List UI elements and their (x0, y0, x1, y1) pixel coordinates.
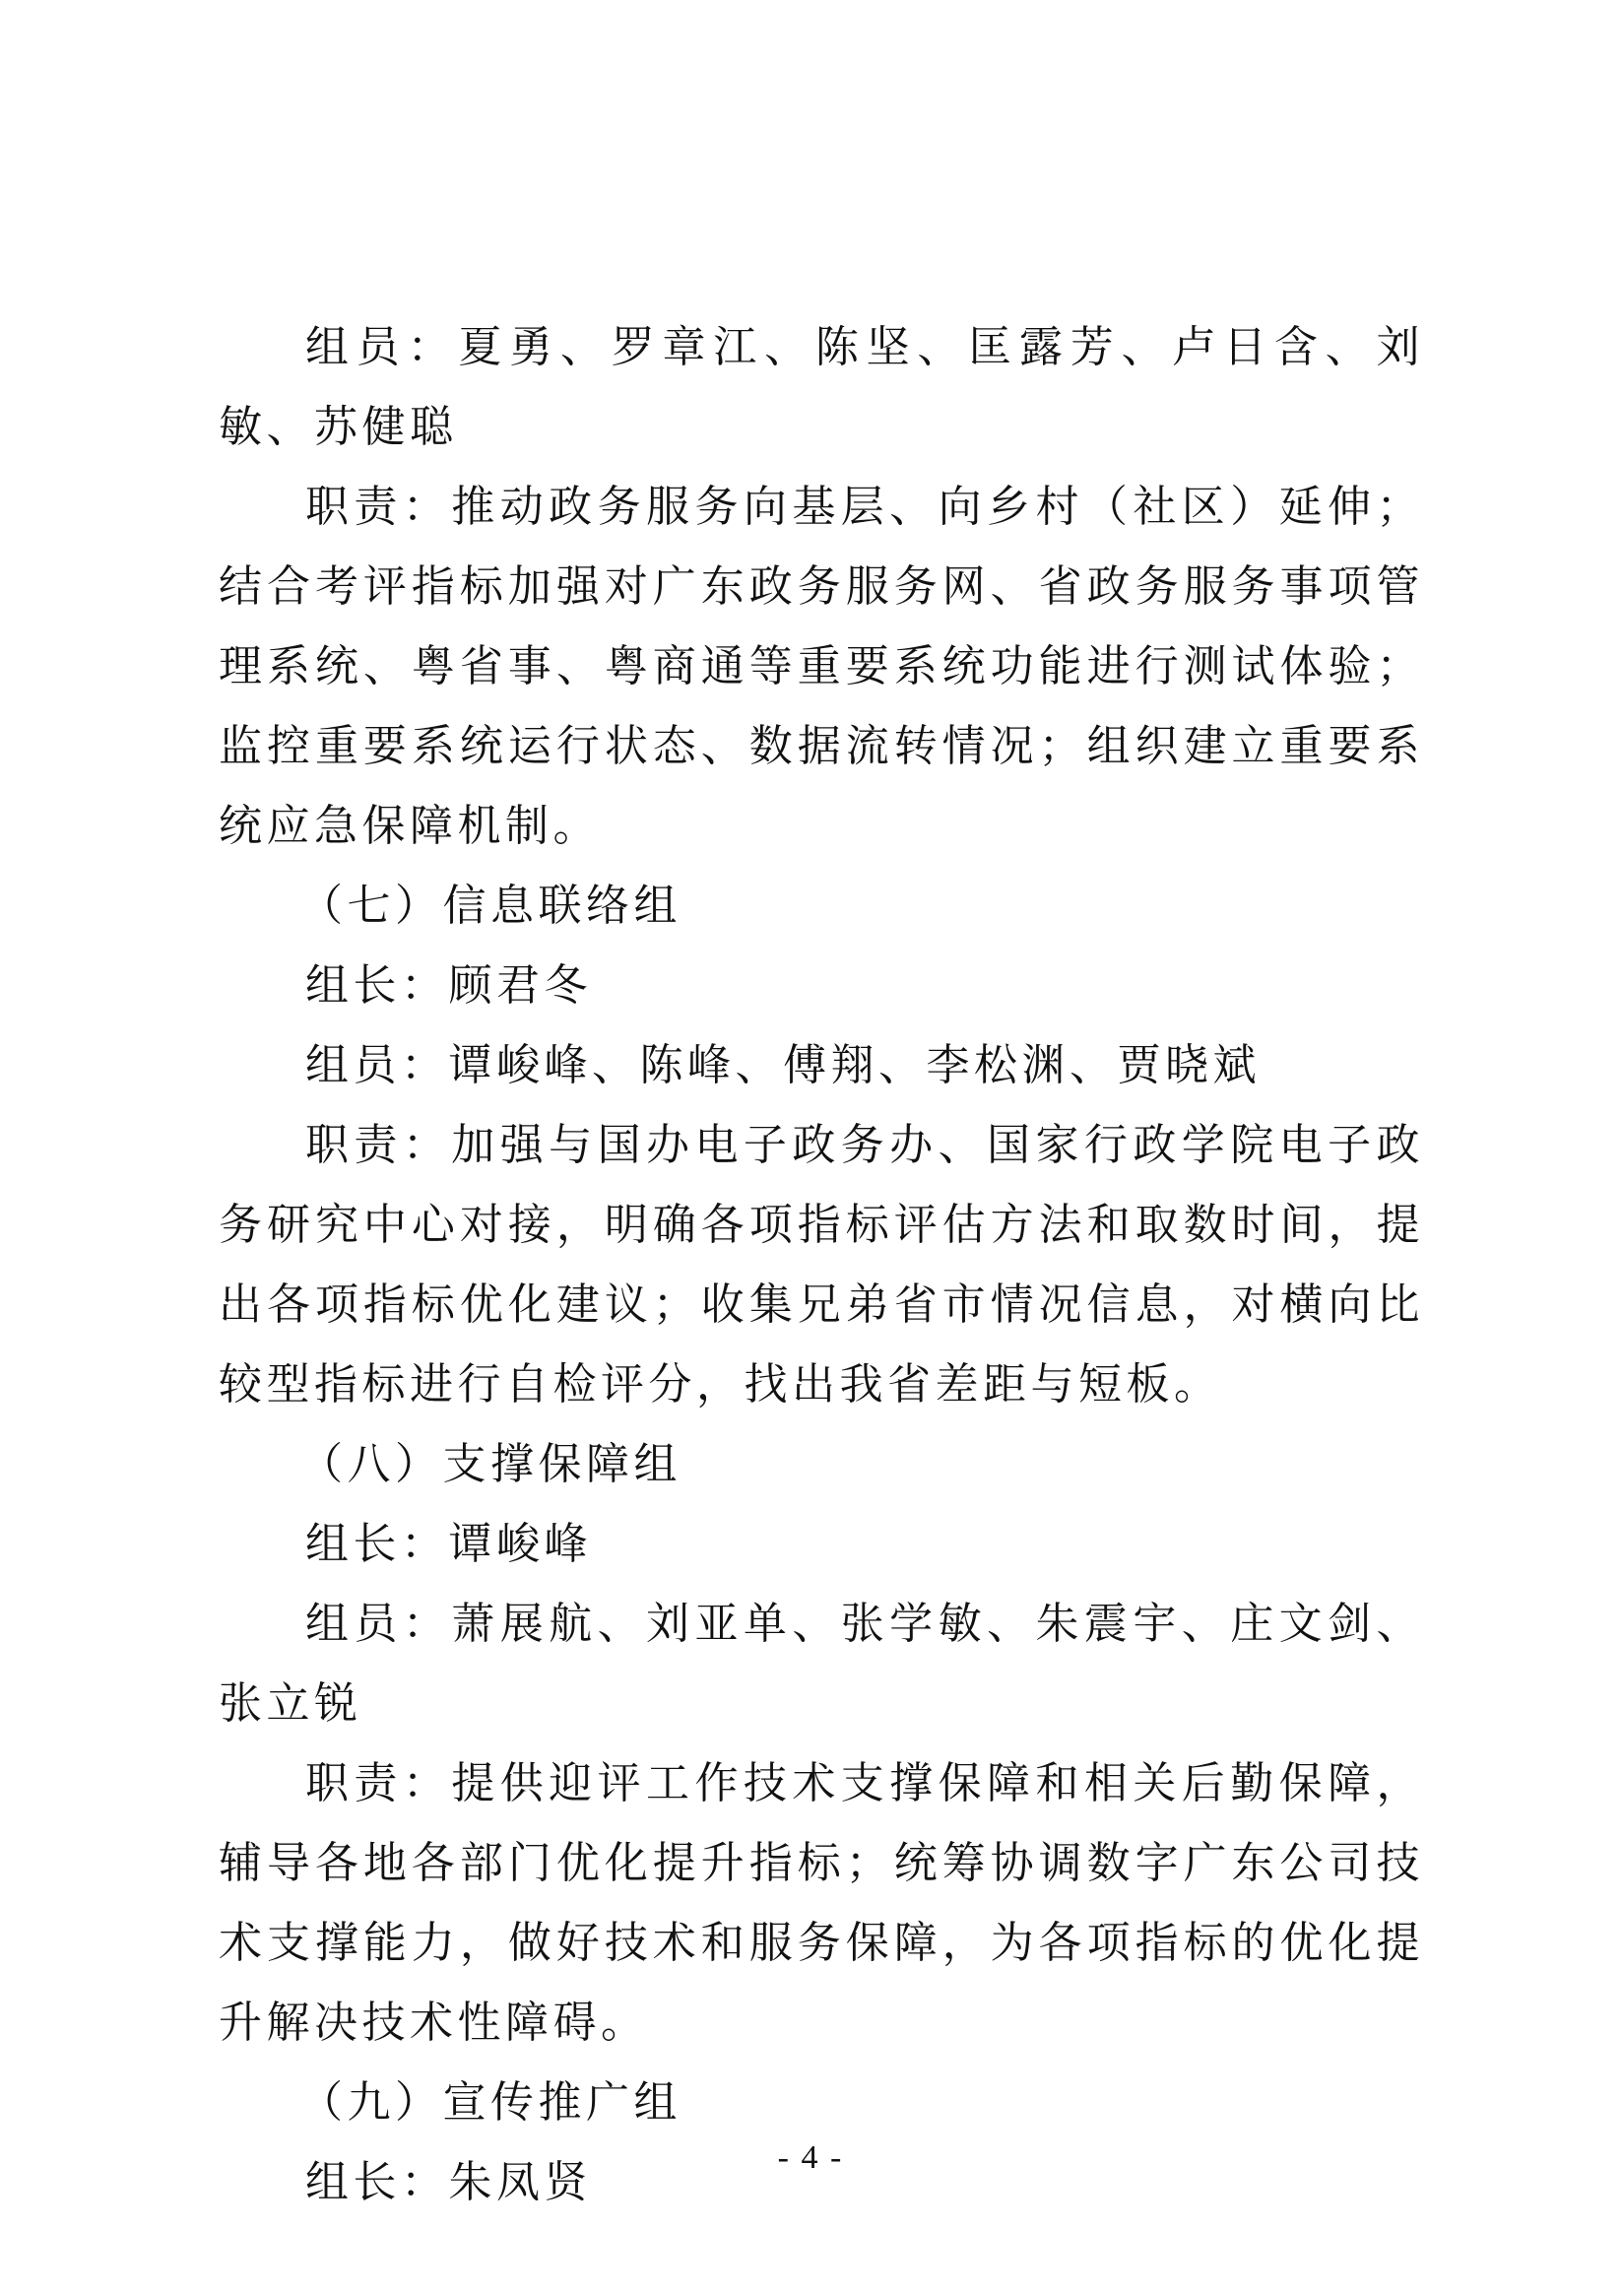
page-number: - 4 - (0, 2139, 1621, 2177)
group8-leader: 组长：谭峻峰 (219, 1504, 1424, 1584)
group8-members: 组员：萧展航、刘亚单、张学敏、朱震宇、庄文剑、张立锐 (219, 1584, 1424, 1743)
group7-duties: 职责：加强与国办电子政务办、国家行政学院电子政务研究中心对接，明确各项指标评估方… (219, 1105, 1424, 1424)
document-page: 组员：夏勇、罗章江、陈坚、匡露芳、卢日含、刘敏、苏健聪 职责：推动政务服务向基层… (0, 0, 1621, 2296)
group8-heading: （八）支撑保障组 (219, 1424, 1424, 1504)
group6-duties: 职责：推动政务服务向基层、向乡村（社区）延伸；结合考评指标加强对广东政务服务网、… (219, 467, 1424, 866)
group7-heading: （七）信息联络组 (219, 866, 1424, 946)
group7-members: 组员：谭峻峰、陈峰、傅翔、李松渊、贾晓斌 (219, 1025, 1424, 1105)
document-body: 组员：夏勇、罗章江、陈坚、匡露芳、卢日含、刘敏、苏健聪 职责：推动政务服务向基层… (219, 307, 1424, 2222)
group7-leader: 组长：顾君冬 (219, 946, 1424, 1025)
group8-duties: 职责：提供迎评工作技术支撑保障和相关后勤保障，辅导各地各部门优化提升指标；统筹协… (219, 1743, 1424, 2063)
group9-heading: （九）宣传推广组 (219, 2063, 1424, 2142)
group6-members: 组员：夏勇、罗章江、陈坚、匡露芳、卢日含、刘敏、苏健聪 (219, 307, 1424, 467)
